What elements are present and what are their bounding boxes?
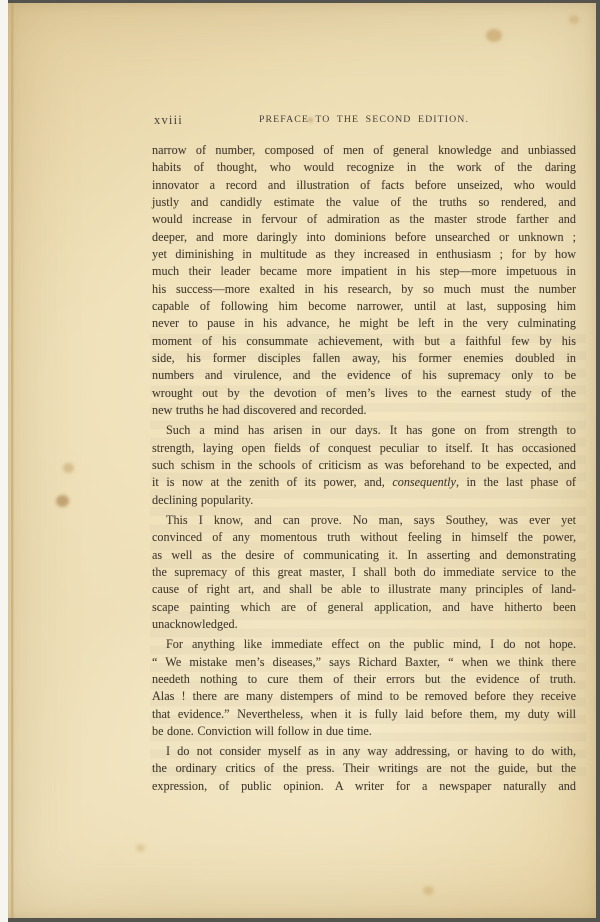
scan-margin-strip	[0, 0, 8, 922]
foxing-stain	[136, 844, 145, 852]
text-line: new truths he had discovered and recorde…	[152, 402, 576, 419]
foxing-stain	[569, 15, 579, 24]
text-line: needeth nothing to cure them of their er…	[152, 671, 576, 688]
text-line: side, his former disciples fallen away, …	[152, 350, 576, 367]
text-line: expression, of public opinion. A writer …	[152, 778, 576, 795]
text-line: would increase in fervour of admiration …	[152, 211, 576, 228]
paragraph: For anything like immediate effect on th…	[152, 636, 576, 740]
text-line: capable of following him become narrower…	[152, 298, 576, 315]
text-line: narrow of number, composed of men of gen…	[152, 142, 576, 159]
text-line: such schism in the schools of criticism …	[152, 457, 576, 474]
text-line: strength, laying open fields of conquest…	[152, 440, 576, 457]
paragraph: narrow of number, composed of men of gen…	[152, 142, 576, 419]
text-line: unacknowledged.	[152, 616, 576, 633]
foxing-stain	[486, 29, 502, 42]
text-line: convinced of any momentous truth without…	[152, 529, 576, 546]
text-line: as well as the desire of communicating i…	[152, 547, 576, 564]
running-title: PREFACE TO THE SECOND EDITION.	[152, 114, 576, 125]
text-line: habits of thought, who would recognize i…	[152, 159, 576, 176]
text-line: be done. Conviction will follow in due t…	[152, 723, 576, 740]
text-line: innovator a record and illustration of f…	[152, 177, 576, 194]
text-line: Alas ! there are many distempers of mind…	[152, 688, 576, 705]
paragraph: I do not consider myself as in any way a…	[152, 743, 576, 795]
text-line: “ We mistake men’s diseases,” says Richa…	[152, 654, 576, 671]
page-header: xviii PREFACE TO THE SECOND EDITION.	[152, 112, 576, 128]
text-line: This I know, and can prove. No man, says…	[152, 512, 576, 529]
text-line: justly and candidly estimate the value o…	[152, 194, 576, 211]
text-line: numbers and virulence, and the evidence …	[152, 367, 576, 384]
gutter-binding-line	[11, 3, 14, 918]
text-line: the supremacy of this great master, I sh…	[152, 564, 576, 581]
text-line: scape painting which are of general appl…	[152, 599, 576, 616]
text-line: that evidence.” Nevertheless, when it is…	[152, 706, 576, 723]
text-line: his success—more exalted in his research…	[152, 281, 576, 298]
text-line: I do not consider myself as in any way a…	[152, 743, 576, 760]
text-line: much their leader became more impatient …	[152, 263, 576, 280]
foxing-stain	[423, 886, 434, 895]
text-line: it is now at the zenith of its power, an…	[152, 474, 576, 491]
text-line: the ordinary critics of the press. Their…	[152, 760, 576, 777]
text-block: narrow of number, composed of men of gen…	[152, 142, 576, 795]
foxing-stain	[56, 495, 69, 507]
foxing-stain	[63, 463, 74, 473]
text-line: cause of right art, and shall be able to…	[152, 581, 576, 598]
text-line: yet diminishing in multitude as they inc…	[152, 246, 576, 263]
text-line: declining popularity.	[152, 492, 576, 509]
paragraph: Such a mind has arisen in our days. It h…	[152, 422, 576, 509]
text-line: Such a mind has arisen in our days. It h…	[152, 422, 576, 439]
text-line: wrought out by the devotion of men’s liv…	[152, 385, 576, 402]
text-line: never to pause in his advance, he might …	[152, 315, 576, 332]
scanned-book-page: { "scan": { "header": { "page_number": "…	[0, 0, 600, 922]
text-line: moment of his consummate achievement, wi…	[152, 333, 576, 350]
text-line: deeper, and more daringly into dominions…	[152, 229, 576, 246]
text-line: For anything like immediate effect on th…	[152, 636, 576, 653]
paragraph: This I know, and can prove. No man, says…	[152, 512, 576, 633]
